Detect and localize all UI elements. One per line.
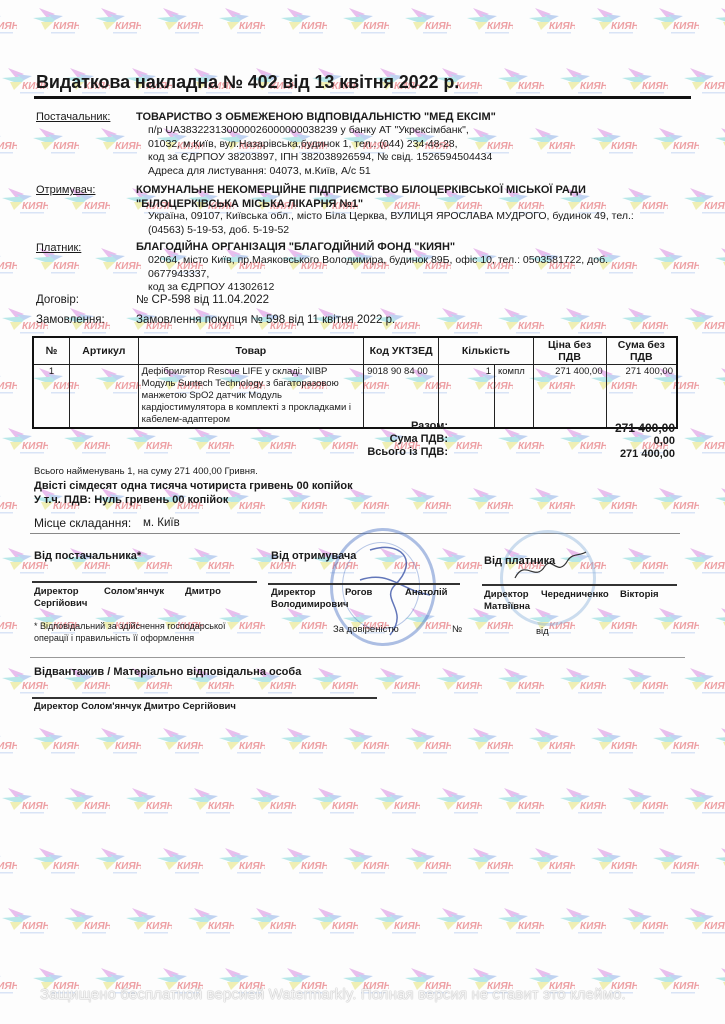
payer-sign-line (482, 584, 677, 586)
place-label: Місце складання: (34, 516, 131, 530)
recipient-details: Україна, 09107, Київська обл., місто Біл… (148, 210, 634, 237)
header-code: Код УКТЗЕД (364, 337, 439, 365)
recipient-sign-position: Директор (271, 587, 316, 599)
header-num: № (33, 337, 69, 365)
header-qty: Кількість (439, 337, 533, 365)
watermark-footer-text: Защищено бесплатной версией Watermarkly.… (40, 986, 626, 1003)
supplier-detail-line: 01032, м.Київ, вул.Назарівська,будинок 1… (148, 138, 492, 152)
items-summary: Всього найменувань 1, на суму 271 400,00… (34, 466, 258, 477)
supplier-name: ТОВАРИСТВО З ОБМЕЖЕНОЮ ВІДПОВІДАЛЬНІСТЮ … (136, 111, 496, 123)
recipient-sign-line (268, 583, 460, 585)
supplier-details: п/р UA383223130000026000000038239 у банк… (148, 124, 492, 178)
supplier-sign-patronymic: Сергійович (34, 598, 87, 610)
total-value: 271 400,00 (555, 448, 675, 460)
cell-product: Дефібрилятор Rescue LIFE у складі: NIBP … (138, 365, 363, 429)
payer-label: Платник: (36, 242, 81, 254)
header-sum: Сума без ПДВ (606, 337, 677, 365)
divider (30, 533, 680, 534)
payer-detail-line: 02064, місто Київ, пр.Маяковського Волод… (148, 254, 608, 268)
cell-price: 271 400,00 (533, 365, 606, 429)
divider (30, 657, 685, 658)
total-label: Всього із ПДВ: (328, 446, 448, 458)
recipient-sign-name: Анатолій (405, 587, 448, 599)
responsibility-note: * Відповідальний за здійснення господарс… (34, 620, 226, 644)
subtotal-label: Разом: (328, 420, 448, 432)
header-article: Артикул (69, 337, 138, 365)
supplier-detail-line: п/р UA383223130000026000000038239 у банк… (148, 124, 492, 138)
place-value: м. Київ (143, 517, 180, 529)
recipient-sign-surname: Рогов (345, 587, 372, 599)
contract-label: Договір: (36, 294, 79, 306)
recipient-name-line: КОМУНАЛЬНЕ НЕКОМЕРЦІЙНЕ ПІДПРИЄМСТВО БІЛ… (136, 183, 586, 197)
payer-sign-position: Директор (484, 589, 529, 601)
cell-num: 1 (33, 365, 69, 429)
note-line: * Відповідальний за здійснення господарс… (34, 620, 226, 632)
supplier-sign-heading: Від постачальника* (34, 550, 141, 562)
recipient-sign-heading: Від отримувача (271, 550, 356, 562)
proxy-label: За довіреністю (333, 624, 399, 635)
document-title: Видаткова накладна № 402 від 13 квітня 2… (36, 72, 459, 93)
proxy-number-label: № (452, 624, 462, 635)
recipient-detail-line: Україна, 09107, Київська обл., місто Біл… (148, 210, 634, 224)
supplier-detail-line: Адреса для листування: 04073, м.Київ, А/… (148, 165, 492, 179)
payer-detail-line: 0677943337, (148, 268, 608, 282)
contract-value: № СР-598 від 11.04.2022 (136, 294, 269, 306)
header-price: Ціна без ПДВ (533, 337, 606, 365)
recipient-name: КОМУНАЛЬНЕ НЕКОМЕРЦІЙНЕ ПІДПРИЄМСТВО БІЛ… (136, 183, 586, 211)
items-table: № Артикул Товар Код УКТЗЕД Кількість Цін… (32, 336, 678, 429)
payer-sign-name: Вікторія (620, 589, 659, 601)
supplier-detail-line: код за ЄДРПОУ 38203897, ІПН 382038926594… (148, 151, 492, 165)
shipped-person: Директор Солом'янчук Дмитро Сергійович (34, 701, 236, 713)
cell-sum: 271 400,00 (606, 365, 677, 429)
cell-qty: 1 (439, 365, 495, 429)
payer-name: БЛАГОДІЙНА ОРГАНІЗАЦІЯ "БЛАГОДІЙНИЙ ФОНД… (136, 241, 455, 253)
recipient-detail-line: (04563) 5-19-53, доб. 5-19-52 (148, 224, 634, 238)
supplier-sign-position: Директор (34, 586, 79, 598)
note-line: операції і правильність її оформлення (34, 632, 226, 644)
recipient-name-line: "БІЛОЦЕРКІВСЬКА МІСЬКА ЛІКАРНЯ №1" (136, 197, 586, 211)
proxy-date-label: від (536, 626, 549, 637)
subtotal-value: 271 400,00 (555, 421, 675, 435)
order-value: Замовлення покупця № 598 від 11 квітня 2… (136, 314, 395, 326)
vat-label: Сума ПДВ: (328, 433, 448, 445)
payer-sign-surname: Чередниченко (541, 589, 609, 601)
shipped-sign-line (32, 697, 377, 699)
supplier-label: Постачальник: (36, 111, 110, 123)
payer-detail-line: код за ЄДРПОУ 41302612 (148, 281, 608, 295)
supplier-sign-line (32, 581, 257, 583)
cell-code: 9018 90 84 00 (364, 365, 439, 429)
payer-signature (510, 548, 590, 588)
table-header-row: № Артикул Товар Код УКТЗЕД Кількість Цін… (33, 337, 677, 365)
vat-value: 0,00 (555, 435, 675, 447)
order-label: Замовлення: (36, 314, 105, 326)
header-product: Товар (138, 337, 363, 365)
vat-in-words: У т.ч. ПДВ: Нуль гривень 00 копійок (34, 494, 228, 506)
cell-unit: компл (495, 365, 534, 429)
cell-article (69, 365, 138, 429)
table-row: 1 Дефібрилятор Rescue LIFE у складі: NIB… (33, 365, 677, 429)
recipient-label: Отримувач: (36, 184, 95, 196)
payer-sign-heading: Від платника (484, 555, 555, 567)
recipient-sign-patronymic: Володимирович (271, 599, 349, 611)
amount-in-words: Двісті сімдесят одна тисяча чотириста гр… (34, 480, 353, 492)
title-underline (34, 96, 691, 99)
payer-sign-patronymic: Матвіївна (484, 601, 530, 613)
supplier-sign-surname: Солом'янчук (104, 586, 164, 598)
shipped-heading: Відвантажив / Матеріально відповідальна … (34, 666, 301, 678)
supplier-sign-name: Дмитро (185, 586, 221, 598)
payer-details: 02064, місто Київ, пр.Маяковського Волод… (148, 254, 608, 295)
